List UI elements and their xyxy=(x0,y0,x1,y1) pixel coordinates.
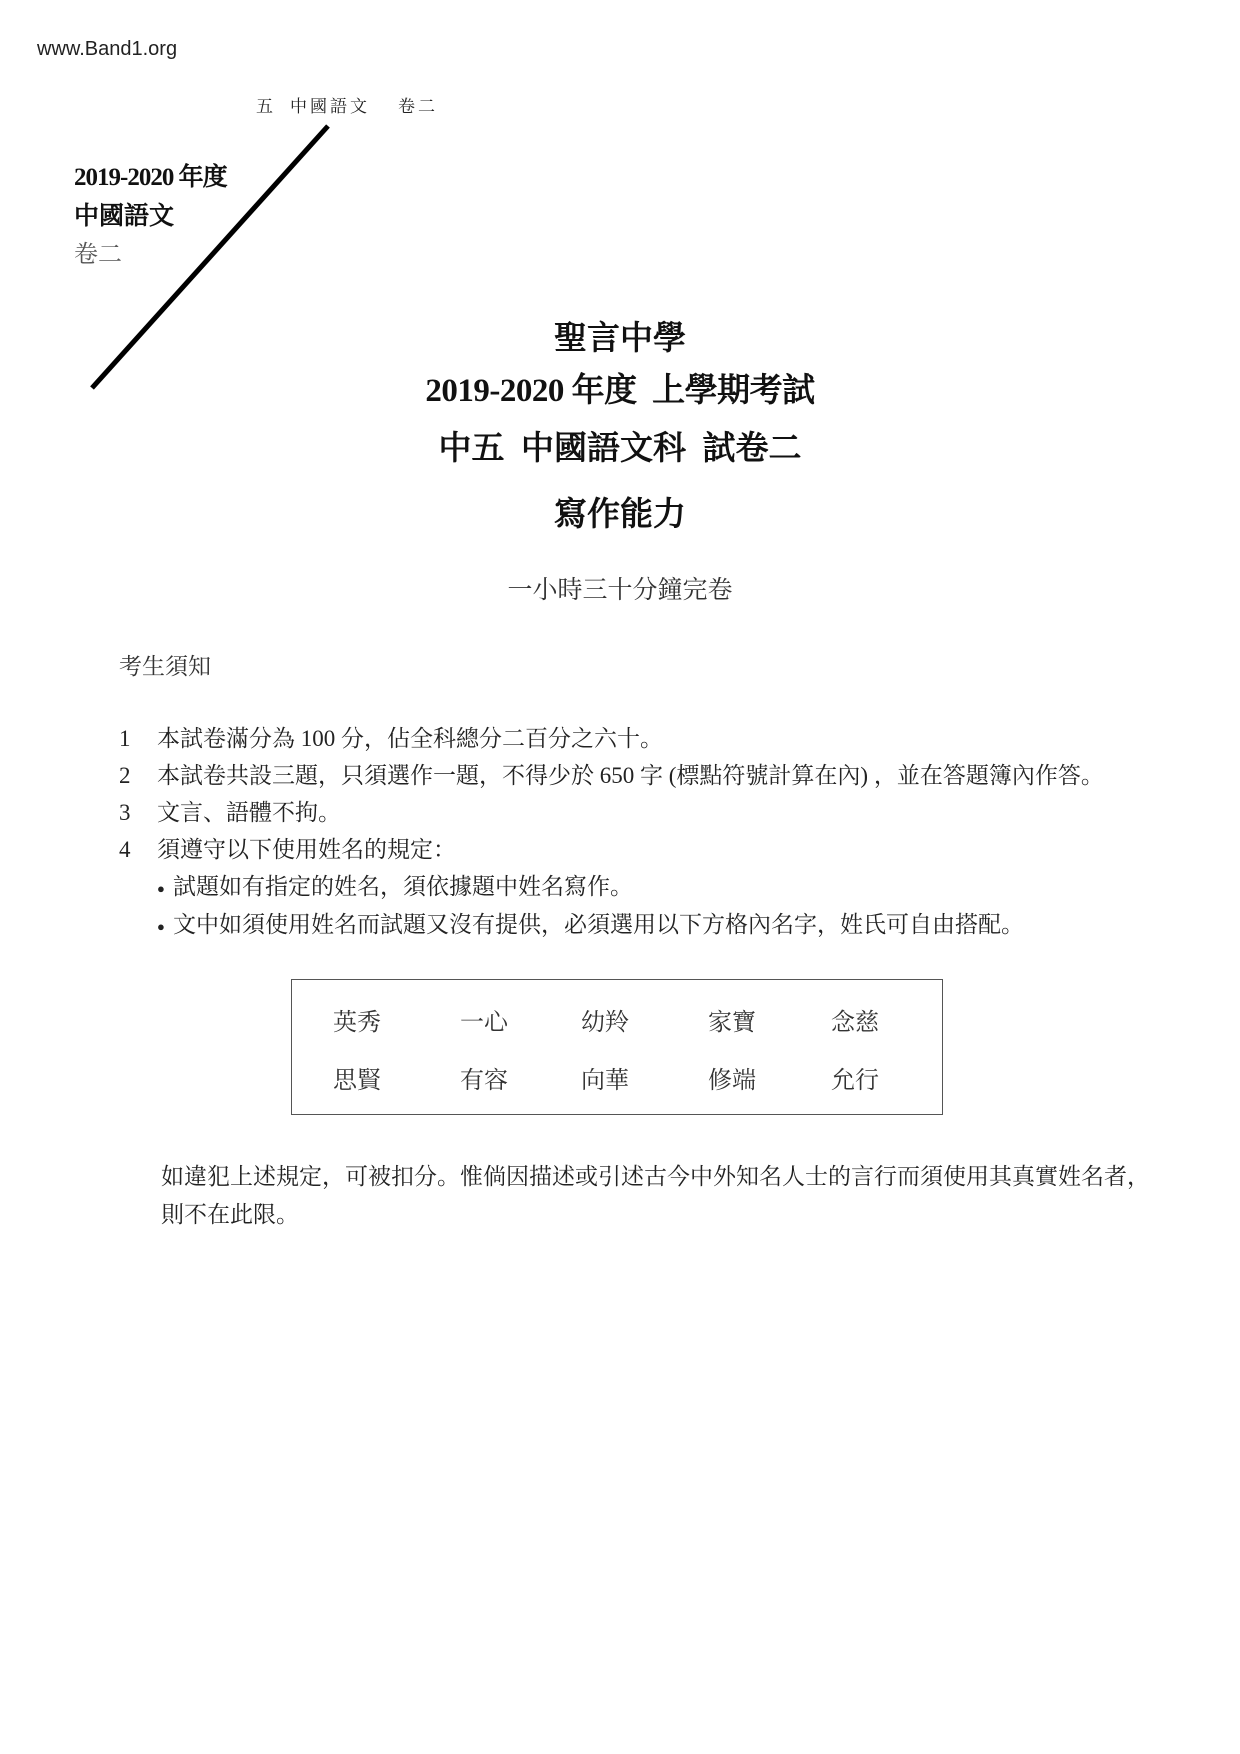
rule-number: 4 xyxy=(119,831,157,868)
paper-title: 中五 中國語文科 試卷二 xyxy=(0,422,1240,469)
bullet-text: 試題如有指定的姓名，須依據題中姓名寫作。 xyxy=(173,874,633,899)
rule-item: 2本試卷共設三題，只須選作一題，不得少於 650 字 (標點符號計算在內) ，並… xyxy=(119,757,1104,794)
names-row: 思賢 有容 向華 修端 允行 xyxy=(292,1060,942,1090)
name-cell: 英秀 xyxy=(317,1002,397,1037)
corner-label: 2019-2020 年度 中國語文 卷二 xyxy=(74,158,227,275)
school-name: 聖言中學 xyxy=(0,312,1240,359)
name-cell: 允行 xyxy=(815,1060,895,1095)
running-header-paper: 卷二 xyxy=(398,97,438,116)
rule-number: 3 xyxy=(119,794,157,831)
exam-duration: 一小時三十分鐘完卷 xyxy=(0,570,1240,606)
instructions-heading: 考生須知 xyxy=(119,648,211,681)
rule-item: 1本試卷滿分為 100 分，佔全科總分二百分之六十。 xyxy=(119,720,1104,757)
rule-item: 3文言、語體不拘。 xyxy=(119,794,1104,831)
bullet-item: ●文中如須使用姓名而試題又沒有提供，必須選用以下方格內名字，姓氏可自由搭配。 xyxy=(119,906,1104,944)
names-row: 英秀 一心 幼羚 家寶 念慈 xyxy=(292,1002,942,1032)
rule-number: 2 xyxy=(119,757,157,794)
instructions-list: 1本試卷滿分為 100 分，佔全科總分二百分之六十。 2本試卷共設三題，只須選作… xyxy=(119,720,1104,944)
name-cell: 思賢 xyxy=(317,1060,397,1095)
name-cell: 有容 xyxy=(444,1060,524,1095)
rule-text: 本試卷滿分為 100 分，佔全科總分二百分之六十。 xyxy=(157,726,663,751)
bullet-dot-icon: ● xyxy=(157,908,173,946)
bullet-dot-icon: ● xyxy=(157,870,173,908)
rule-text: 須遵守以下使用姓名的規定： xyxy=(157,837,456,862)
corner-label-year: 2019-2020 年度 xyxy=(74,158,227,197)
name-cell: 念慈 xyxy=(815,1002,895,1037)
section-title: 寫作能力 xyxy=(0,488,1240,535)
name-cell: 修端 xyxy=(692,1060,772,1095)
name-cell: 一心 xyxy=(444,1002,524,1037)
allowed-names-box: 英秀 一心 幼羚 家寶 念慈 思賢 有容 向華 修端 允行 xyxy=(291,979,943,1115)
name-cell: 向華 xyxy=(565,1060,645,1095)
rule-number: 1 xyxy=(119,720,157,757)
exam-title: 2019-2020 年度 上學期考試 xyxy=(0,364,1240,411)
penalty-footnote: 如違犯上述規定，可被扣分。惟倘因描述或引述古今中外知名人士的言行而須使用其真實姓… xyxy=(161,1158,1171,1234)
bullet-item: ●試題如有指定的姓名，須依據題中姓名寫作。 xyxy=(119,868,1104,906)
corner-label-paper: 卷二 xyxy=(74,236,227,275)
name-cell: 幼羚 xyxy=(565,1002,645,1037)
name-cell: 家寶 xyxy=(692,1002,772,1037)
corner-label-subject: 中國語文 xyxy=(74,197,227,236)
rule-text: 文言、語體不拘。 xyxy=(157,800,341,825)
bullet-text: 文中如須使用姓名而試題又沒有提供，必須選用以下方格內名字，姓氏可自由搭配。 xyxy=(173,912,1024,937)
rule-item: 4須遵守以下使用姓名的規定： xyxy=(119,831,1104,868)
rule-text: 本試卷共設三題，只須選作一題，不得少於 650 字 (標點符號計算在內) ，並在… xyxy=(157,763,1104,788)
